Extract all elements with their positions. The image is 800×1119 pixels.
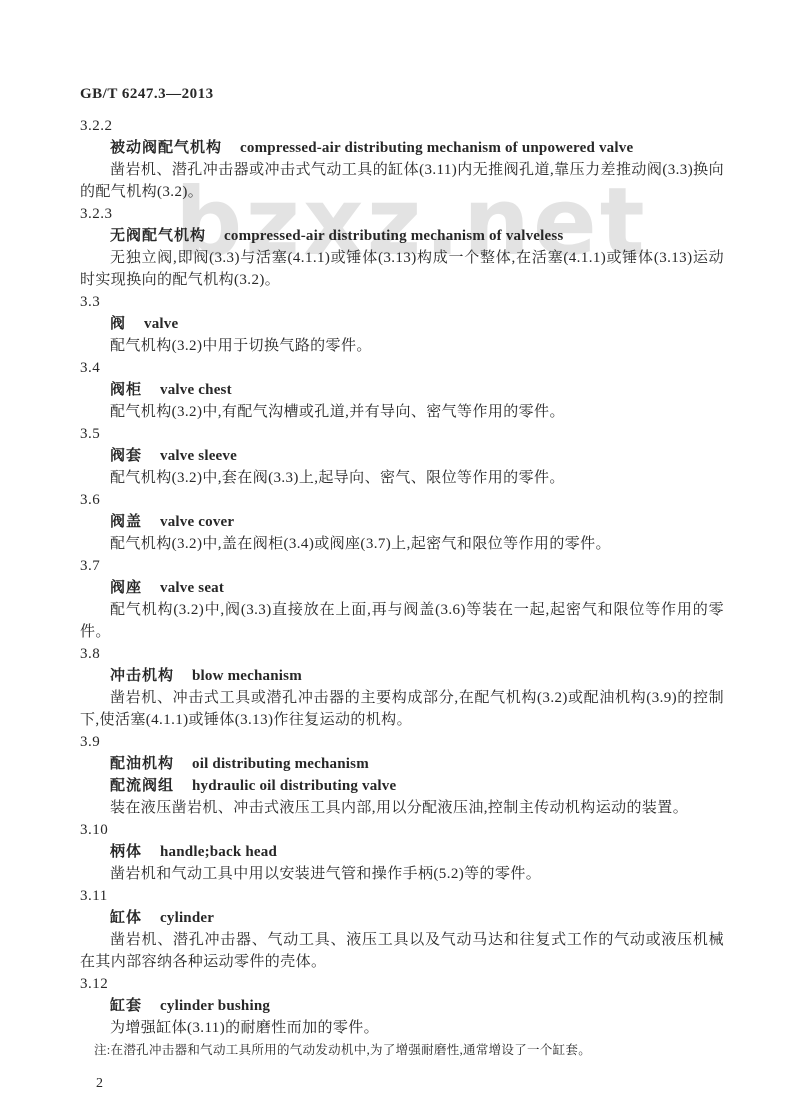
note-line: 注:在潜孔冲击器和气动工具所用的气动发动机中,为了增强耐磨性,通常增设了一个缸套…	[80, 1039, 724, 1061]
definition-text: 凿岩机、潜孔冲击器、气动工具、液压工具以及气动马达和往复式工作的气动或液压机械在…	[80, 929, 724, 973]
term-line: 阀盖valve cover	[80, 511, 724, 533]
term-section: 3.2.2被动阀配气机构compressed-air distributing …	[80, 115, 724, 203]
term-section: 3.8冲击机构blow mechanism凿岩机、冲击式工具或潜孔冲击器的主要构…	[80, 643, 724, 731]
section-number: 3.6	[80, 489, 724, 511]
section-number: 3.10	[80, 819, 724, 841]
term-section: 3.2.3无阀配气机构compressed-air distributing m…	[80, 203, 724, 291]
term-english: oil distributing mechanism	[192, 756, 369, 772]
term-chinese: 被动阀配气机构	[110, 140, 222, 156]
term-english: cylinder bushing	[160, 998, 270, 1014]
term-english: valve	[144, 316, 178, 332]
term-english: compressed-air distributing mechanism of…	[224, 228, 563, 244]
section-number: 3.12	[80, 973, 724, 995]
term-section: 3.9配油机构oil distributing mechanism配流阀组hyd…	[80, 731, 724, 819]
term-chinese: 阀座	[110, 580, 142, 596]
term-chinese: 缸套	[110, 998, 142, 1014]
term-english: cylinder	[160, 910, 214, 926]
definition-text: 凿岩机、潜孔冲击器或冲击式气动工具的缸体(3.11)内无推阀孔道,靠压力差推动阀…	[80, 159, 724, 203]
term-line: 缸体cylinder	[80, 907, 724, 929]
definition-text: 凿岩机、冲击式工具或潜孔冲击器的主要构成部分,在配气机构(3.2)或配油机构(3…	[80, 687, 724, 731]
term-section: 3.10柄体handle;back head凿岩机和气动工具中用以安装进气管和操…	[80, 819, 724, 885]
definition-text: 装在液压凿岩机、冲击式液压工具内部,用以分配液压油,控制主传动机构运动的装置。	[80, 797, 724, 819]
definition-text: 无独立阀,即阀(3.3)与活塞(4.1.1)或锤体(3.13)构成一个整体,在活…	[80, 247, 724, 291]
term-line: 配流阀组hydraulic oil distributing valve	[80, 775, 724, 797]
term-english: handle;back head	[160, 844, 277, 860]
term-english: valve cover	[160, 514, 234, 530]
section-number: 3.2.2	[80, 115, 724, 137]
term-chinese: 无阀配气机构	[110, 228, 206, 244]
term-section: 3.3阀valve配气机构(3.2)中用于切换气路的零件。	[80, 291, 724, 357]
term-line: 无阀配气机构compressed-air distributing mechan…	[80, 225, 724, 247]
term-chinese: 冲击机构	[110, 668, 174, 684]
term-chinese: 缸体	[110, 910, 142, 926]
term-line: 阀柜valve chest	[80, 379, 724, 401]
term-line: 阀valve	[80, 313, 724, 335]
term-english: compressed-air distributing mechanism of…	[240, 140, 633, 156]
term-chinese: 阀	[110, 316, 126, 332]
section-number: 3.7	[80, 555, 724, 577]
document-page: bzxz.net GB/T 6247.3—2013 3.2.2被动阀配气机构co…	[0, 0, 800, 1119]
term-section: 3.6阀盖valve cover配气机构(3.2)中,盖在阀柜(3.4)或阀座(…	[80, 489, 724, 555]
term-line: 被动阀配气机构compressed-air distributing mecha…	[80, 137, 724, 159]
term-section: 3.11缸体cylinder凿岩机、潜孔冲击器、气动工具、液压工具以及气动马达和…	[80, 885, 724, 973]
note-label: 注:	[94, 1043, 111, 1057]
section-number: 3.11	[80, 885, 724, 907]
term-chinese: 柄体	[110, 844, 142, 860]
note-text: 在潜孔冲击器和气动工具所用的气动发动机中,为了增强耐磨性,通常增设了一个缸套。	[111, 1043, 591, 1057]
term-english: valve seat	[160, 580, 224, 596]
term-line: 冲击机构blow mechanism	[80, 665, 724, 687]
term-line: 配油机构oil distributing mechanism	[80, 753, 724, 775]
definition-text: 配气机构(3.2)中,有配气沟槽或孔道,并有导向、密气等作用的零件。	[80, 401, 724, 423]
term-line: 柄体handle;back head	[80, 841, 724, 863]
term-english: hydraulic oil distributing valve	[192, 778, 396, 794]
term-section: 3.12缸套cylinder bushing为增强缸体(3.11)的耐磨性而加的…	[80, 973, 724, 1061]
section-number: 3.2.3	[80, 203, 724, 225]
term-chinese: 配流阀组	[110, 778, 174, 794]
definition-text: 为增强缸体(3.11)的耐磨性而加的零件。	[80, 1017, 724, 1039]
term-section: 3.4阀柜valve chest配气机构(3.2)中,有配气沟槽或孔道,并有导向…	[80, 357, 724, 423]
term-section: 3.5阀套valve sleeve配气机构(3.2)中,套在阀(3.3)上,起导…	[80, 423, 724, 489]
term-section: 3.7阀座valve seat配气机构(3.2)中,阀(3.3)直接放在上面,再…	[80, 555, 724, 643]
section-number: 3.4	[80, 357, 724, 379]
term-english: valve sleeve	[160, 448, 237, 464]
term-line: 阀套valve sleeve	[80, 445, 724, 467]
page-number: 2	[80, 1073, 724, 1095]
term-line: 阀座valve seat	[80, 577, 724, 599]
section-number: 3.8	[80, 643, 724, 665]
term-line: 缸套cylinder bushing	[80, 995, 724, 1017]
definition-text: 配气机构(3.2)中,套在阀(3.3)上,起导向、密气、限位等作用的零件。	[80, 467, 724, 489]
definition-text: 配气机构(3.2)中,盖在阀柜(3.4)或阀座(3.7)上,起密气和限位等作用的…	[80, 533, 724, 555]
definition-text: 配气机构(3.2)中,阀(3.3)直接放在上面,再与阀盖(3.6)等装在一起,起…	[80, 599, 724, 643]
term-chinese: 配油机构	[110, 756, 174, 772]
term-chinese: 阀套	[110, 448, 142, 464]
term-chinese: 阀柜	[110, 382, 142, 398]
definition-text: 凿岩机和气动工具中用以安装进气管和操作手柄(5.2)等的零件。	[80, 863, 724, 885]
terminology-sections: 3.2.2被动阀配气机构compressed-air distributing …	[80, 115, 724, 1061]
term-english: blow mechanism	[192, 668, 302, 684]
term-chinese: 阀盖	[110, 514, 142, 530]
term-english: valve chest	[160, 382, 232, 398]
section-number: 3.5	[80, 423, 724, 445]
definition-text: 配气机构(3.2)中用于切换气路的零件。	[80, 335, 724, 357]
standard-number-header: GB/T 6247.3—2013	[80, 83, 724, 105]
section-number: 3.3	[80, 291, 724, 313]
section-number: 3.9	[80, 731, 724, 753]
